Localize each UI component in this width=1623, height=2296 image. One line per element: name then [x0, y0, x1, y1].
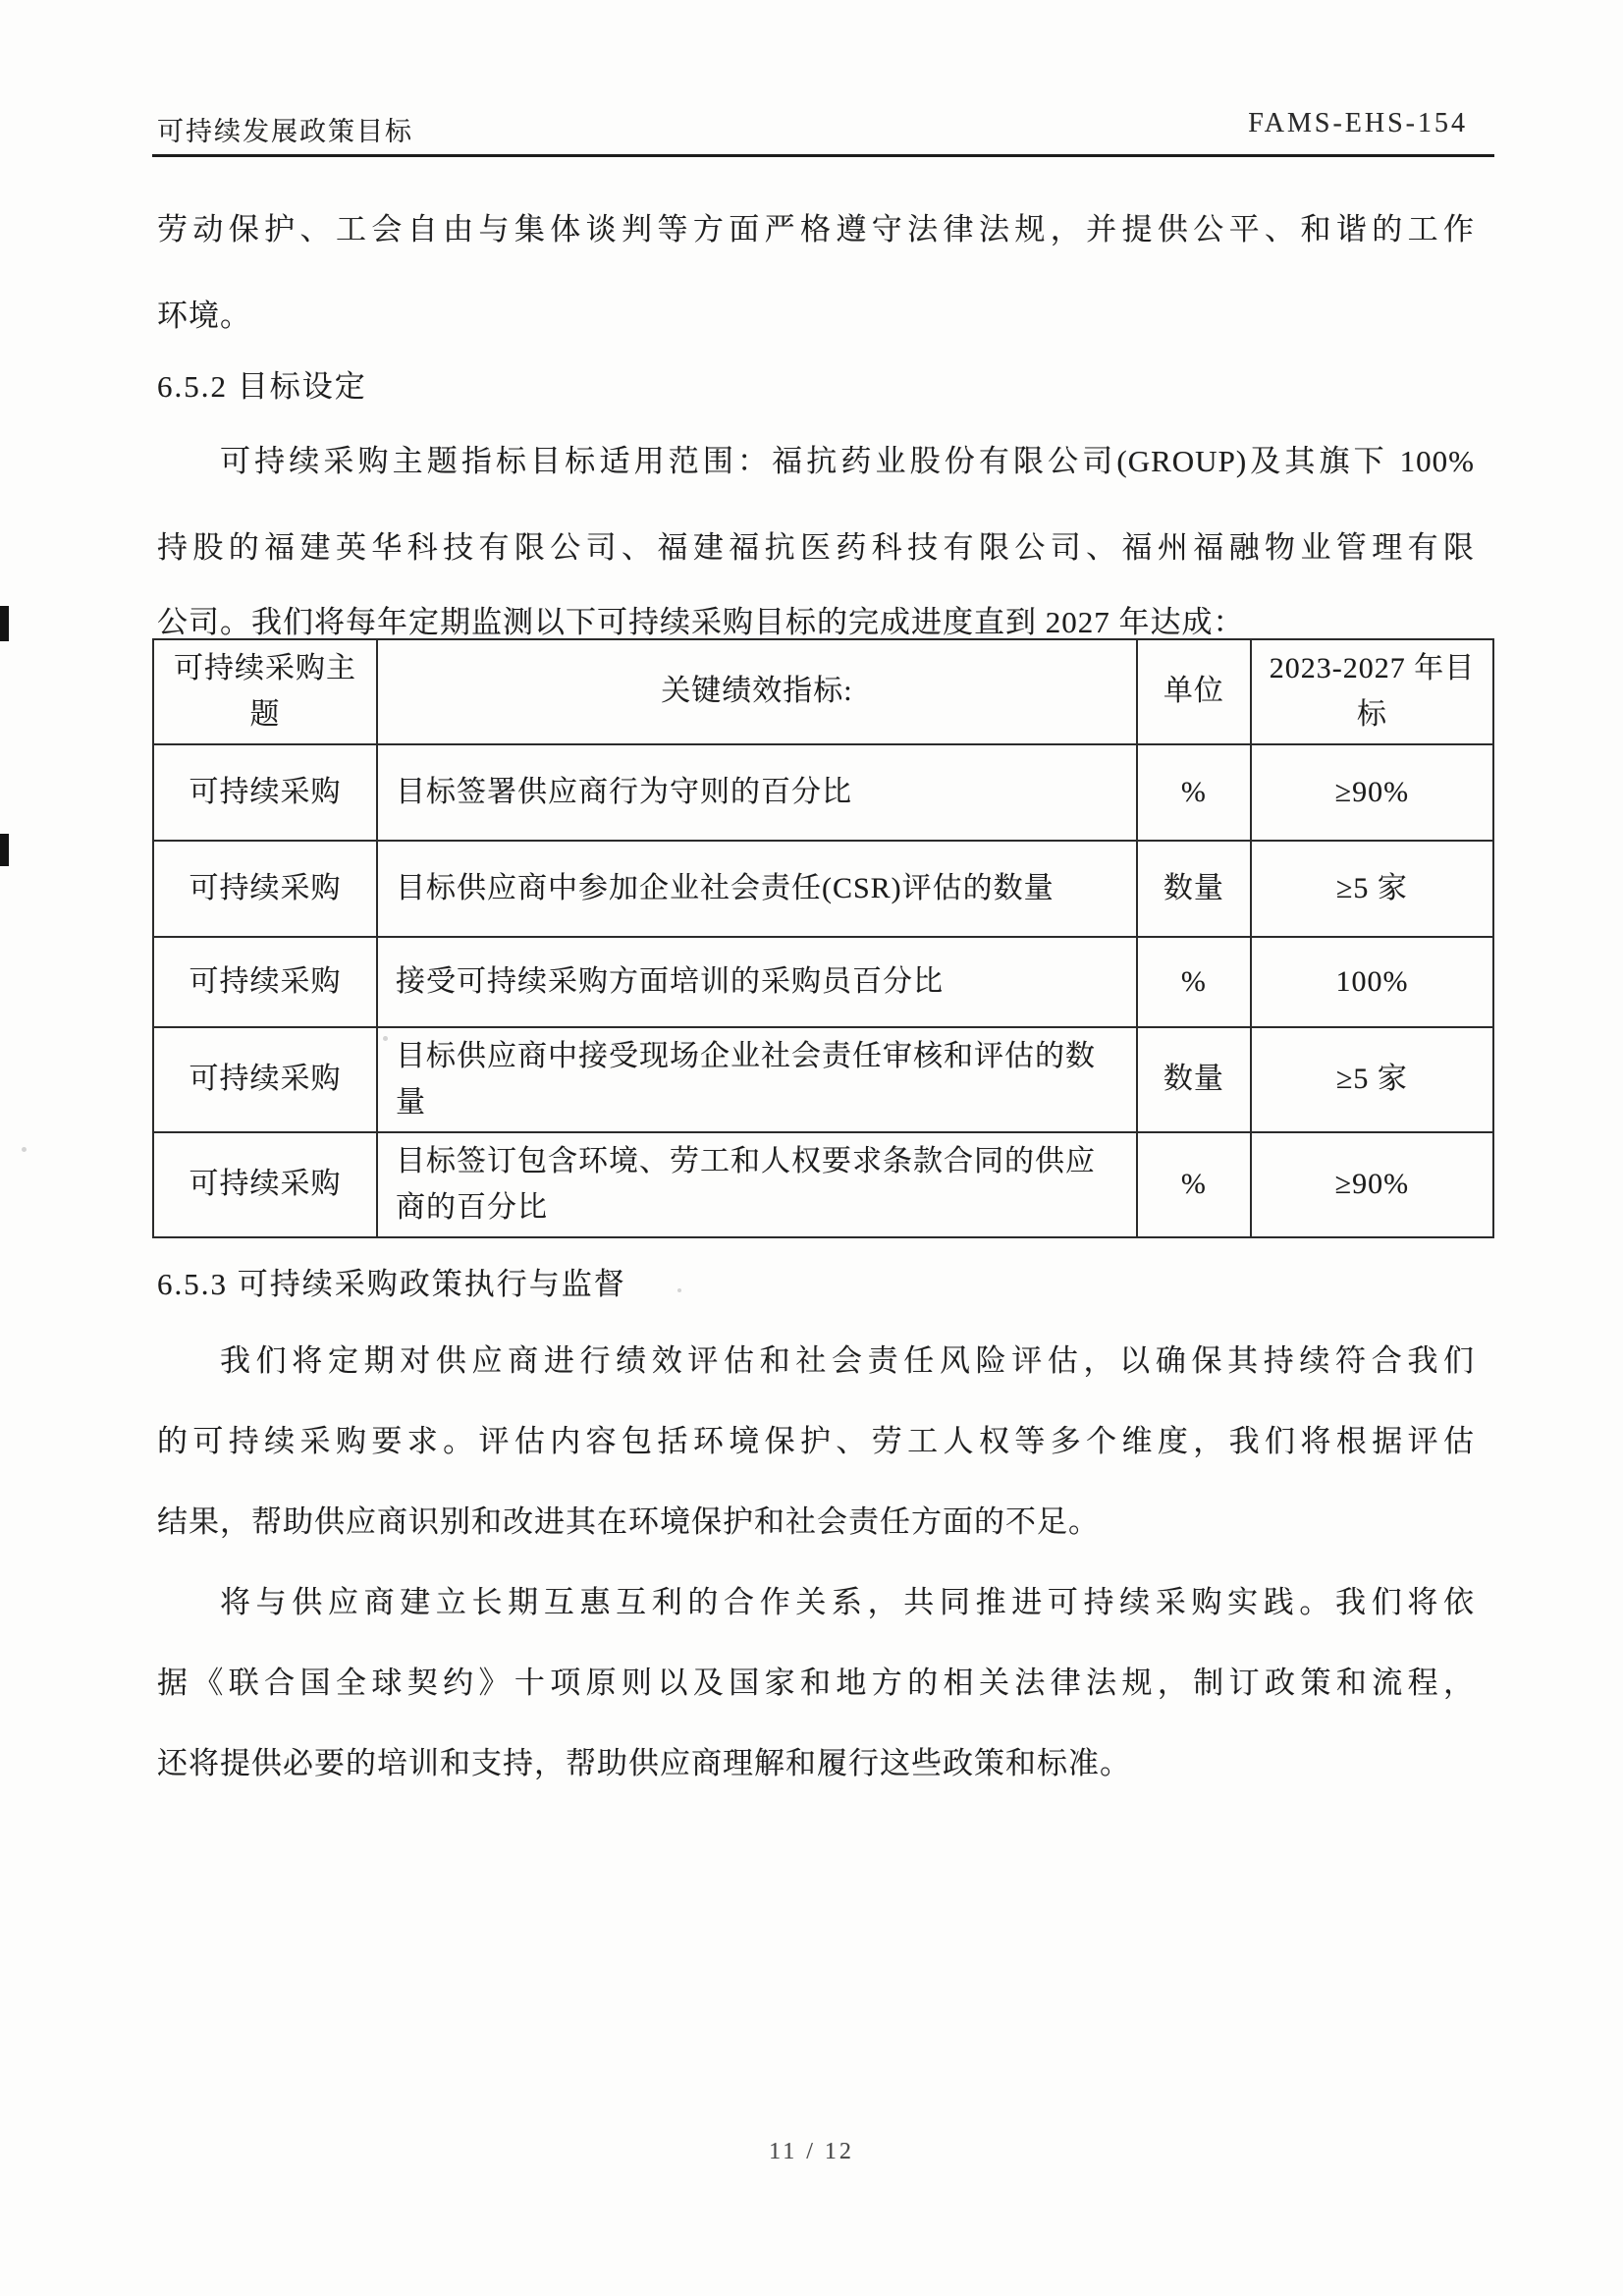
col-header-unit: 单位: [1137, 639, 1251, 744]
cell-target: ≥5 家: [1251, 1027, 1493, 1132]
cell-theme: 可持续采购: [153, 1132, 377, 1237]
scan-noise: [677, 1288, 681, 1292]
table-row: 可持续采购 接受可持续采购方面培训的采购员百分比 % 100%: [153, 937, 1493, 1027]
col-header-theme: 可持续采购主题: [153, 639, 377, 744]
paragraph-line: 持股的福建英华科技有限公司、福建福抗医药科技有限公司、福州福融物业管理有限: [157, 526, 1475, 570]
document-title: 可持续发展政策目标: [157, 110, 413, 148]
table-row: 可持续采购 目标供应商中参加企业社会责任(CSR)评估的数量 数量 ≥5 家: [153, 841, 1493, 937]
paragraph-line: 可持续采购主题指标目标适用范围：福抗药业股份有限公司(GROUP)及其旗下 10…: [157, 440, 1475, 483]
cell-theme: 可持续采购: [153, 841, 377, 937]
table-row: 可持续采购 目标签署供应商行为守则的百分比 % ≥90%: [153, 744, 1493, 841]
paragraph-line: 结果，帮助供应商识别和改进其在环境保护和社会责任方面的不足。: [157, 1501, 1475, 1544]
cell-target: ≥90%: [1251, 744, 1493, 841]
paragraph-line: 还将提供必要的培训和支持，帮助供应商理解和履行这些政策和标准。: [157, 1742, 1475, 1785]
scanned-document-page: 可持续发展政策目标 FAMS-EHS-154 劳动保护、工会自由与集体谈判等方面…: [0, 0, 1623, 2296]
cell-theme: 可持续采购: [153, 744, 377, 841]
cell-unit: %: [1137, 1132, 1251, 1237]
scan-edge-mark: [0, 834, 9, 866]
scan-noise: [383, 1036, 388, 1041]
table-header-row: 可持续采购主题 关键绩效指标: 单位 2023-2027 年目标: [153, 639, 1493, 744]
paragraph-line: 的可持续采购要求。评估内容包括环境保护、劳工人权等多个维度，我们将根据评估: [157, 1420, 1475, 1463]
document-code: FAMS-EHS-154: [1248, 108, 1468, 139]
cell-kpi: 目标供应商中接受现场企业社会责任审核和评估的数量: [377, 1027, 1137, 1132]
section-heading-653: 6.5.3 可持续采购政策执行与监督: [157, 1263, 1475, 1306]
col-header-target: 2023-2027 年目标: [1251, 639, 1493, 744]
cell-unit: 数量: [1137, 1027, 1251, 1132]
paragraph-line: 将与供应商建立长期互惠互利的合作关系，共同推进可持续采购实践。我们将依: [157, 1581, 1475, 1624]
cell-unit: %: [1137, 937, 1251, 1027]
paragraph-line: 据《联合国全球契约》十项原则以及国家和地方的相关法律法规，制订政策和流程，: [157, 1662, 1475, 1705]
cell-target: ≥90%: [1251, 1132, 1493, 1237]
cell-kpi: 目标签署供应商行为守则的百分比: [377, 744, 1137, 841]
col-header-kpi: 关键绩效指标:: [377, 639, 1137, 744]
table-row: 可持续采购 目标供应商中接受现场企业社会责任审核和评估的数量 数量 ≥5 家: [153, 1027, 1493, 1132]
header-rule: [152, 154, 1494, 157]
kpi-table: 可持续采购主题 关键绩效指标: 单位 2023-2027 年目标 可持续采购 目…: [152, 638, 1494, 1238]
cell-target: 100%: [1251, 937, 1493, 1027]
scan-noise: [22, 1147, 27, 1152]
cell-theme: 可持续采购: [153, 1027, 377, 1132]
cell-unit: 数量: [1137, 841, 1251, 937]
cell-kpi: 目标供应商中参加企业社会责任(CSR)评估的数量: [377, 841, 1137, 937]
cell-target: ≥5 家: [1251, 841, 1493, 937]
page-number: 11 / 12: [0, 2139, 1623, 2165]
paragraph-line: 劳动保护、工会自由与集体谈判等方面严格遵守法律法规，并提供公平、和谐的工作: [157, 208, 1475, 251]
section-heading-652: 6.5.2 目标设定: [157, 365, 1475, 409]
cell-theme: 可持续采购: [153, 937, 377, 1027]
cell-kpi: 接受可持续采购方面培训的采购员百分比: [377, 937, 1137, 1027]
paragraph-line: 我们将定期对供应商进行绩效评估和社会责任风险评估，以确保其持续符合我们: [157, 1339, 1475, 1383]
cell-unit: %: [1137, 744, 1251, 841]
table-row: 可持续采购 目标签订包含环境、劳工和人权要求条款合同的供应商的百分比 % ≥90…: [153, 1132, 1493, 1237]
scan-edge-mark: [0, 606, 9, 641]
paragraph-line: 环境。: [157, 295, 1475, 338]
cell-kpi: 目标签订包含环境、劳工和人权要求条款合同的供应商的百分比: [377, 1132, 1137, 1237]
